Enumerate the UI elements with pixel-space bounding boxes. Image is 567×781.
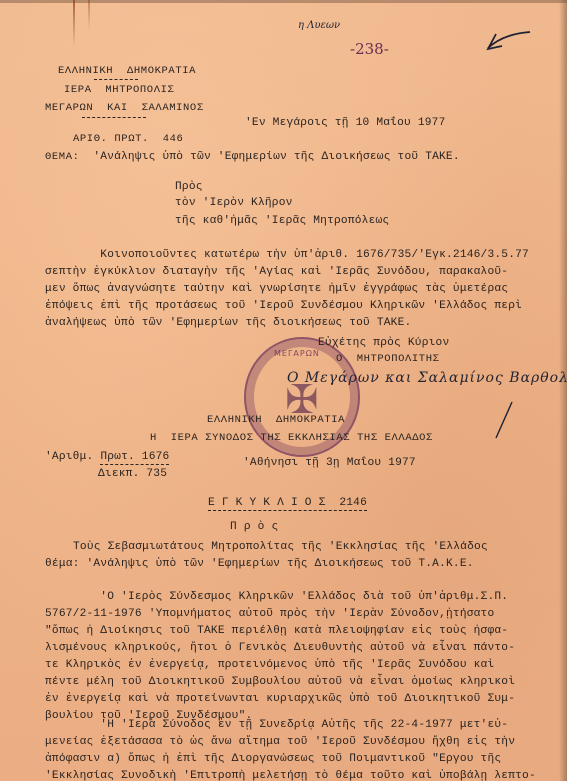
synod-place-date: 'Αθήνησι τῇ 3ῃ Μαΐου 1977 <box>243 456 416 470</box>
body-line: πέντε μέλη τοῦ Διοικητικοῦ Συμβουλίου αὐ… <box>45 675 515 689</box>
paper-stain <box>73 0 75 48</box>
scan-edge-top <box>0 0 567 3</box>
body-line: "ὅπως ἡ Διοίκησις τοῦ ΤΑΚΕ περιέλθῃ κατὰ… <box>45 624 508 638</box>
underline <box>94 79 138 80</box>
place-date: 'Εν Μεγάροις τῇ 10 Μαΐου 1977 <box>245 116 446 130</box>
letterhead-metropolis: ΙΕΡΑ ΜΗΤΡΟΠΟΛΙΣ <box>64 83 174 97</box>
protocol-label: 'Αριθμ. <box>45 451 93 463</box>
body-line: ἐπόψεις ἐπὶ τῆς προτάσεως τοῦ 'Ιεροῦ Συν… <box>45 299 522 313</box>
body-line: Κοινοποιοῦντες κατωτέρω τὴν ὑπ'ἀριθ. 167… <box>45 248 529 262</box>
body-line: μεν ὅπως ἀναγνώσητε ταύτην καὶ γνωρίσητε… <box>45 282 508 296</box>
signature-stroke <box>490 400 520 440</box>
body-line: ἀναλήψεως ὑπὸ τῶν 'Εφημερίων τῆς διοικήσ… <box>45 316 411 330</box>
body-line: ἀπόφασιν α) ὅπως ἡ ἐπὶ τῆς Διοργανώσεως … <box>45 752 501 766</box>
synod-dienkp: Διεκπ. 735 <box>98 467 167 481</box>
body-line: 'Εκκλησίας Συνοδικὴ 'Επιτροπὴ μελετήσῃ τ… <box>45 769 536 781</box>
protocol-value: Πρωτ. 1676 <box>100 451 169 465</box>
body-line: σεπτὴν ἐγκύκλιον διαταγὴν τῆς 'Αγίας καὶ… <box>45 265 508 279</box>
body-line: λισμένους κληρικούς, ἤτοι ὁ Γενικὸς Διευ… <box>45 641 515 655</box>
closing-metropolitan: Ο ΜΗΤΡΟΠΟΛΙΤΗΣ <box>336 352 440 366</box>
closing-line: Εὐχέτης πρὸς Κύριον <box>318 336 449 350</box>
subject-label: ΘΕΜΑ: <box>45 151 80 163</box>
body-line: τε Κληρικὸς ἐν ἐνεργείᾳ, προτεινόμενος ὑ… <box>45 658 494 672</box>
body-line: μενείας ἐξετάσασα τὸ ὡς ἄνω αἴτημα τοῦ '… <box>45 735 515 749</box>
subject-line: ΘΕΜΑ: 'Ανάληψις ὑπὸ τῶν 'Εφημερίων τῆς Δ… <box>45 150 460 164</box>
letterhead-megara: ΜΕΓΑΡΩΝ ΚΑΙ ΣΑΛΑΜΙΝΟΣ <box>45 101 204 115</box>
recipient-pros: Πρὸς <box>175 180 203 194</box>
left-arrow-icon <box>478 28 538 56</box>
encyclical-title-text: Ε Γ Κ Υ Κ Λ Ι Ο Σ 2146 <box>208 497 367 511</box>
handwritten-note: η Λυεων <box>298 20 340 31</box>
encyclical-pros: Π ρ ὸ ς <box>230 520 278 534</box>
stamp-text: ΜΕΓΑΡΩΝ <box>274 349 320 358</box>
body-line: 'Ο 'Ιερὸς Σύνδεσμος Κληρικῶν 'Ελλάδος δι… <box>45 590 508 604</box>
protocol-number: ΑΡΙΘ. ΠΡΩΤ. 446 <box>73 132 183 146</box>
synod-letterhead-name: Η ΙΕΡΑ ΣΥΝΟΔΟΣ ΤΗΣ ΕΚΚΛΗΣΙΑΣ ΤΗΣ ΕΛΛΑΔΟΣ <box>150 431 433 445</box>
subject-text: 'Ανάληψις ὑπὸ τῶν 'Εφημερίων τῆς Διοικήσ… <box>93 151 459 163</box>
synod-protocol: 'Αριθμ. Πρωτ. 1676 <box>45 450 169 464</box>
letterhead-republic: ΕΛΛΗΝΙΚΗ ΔΗΜΟΚΡΑΤΙΑ <box>58 64 196 78</box>
encyclical-subject: θέμα: 'Ανάληψις ὑπὸ τῶν 'Εφημερίων τῆς Δ… <box>45 557 474 571</box>
encyclical-addressee: Τοὺς Σεβασμιωτάτους Μητροπολίτας τῆς 'Εκ… <box>73 540 488 554</box>
encyclical-title: Ε Γ Κ Υ Κ Λ Ι Ο Σ 2146 <box>208 496 367 510</box>
page-number: -238- <box>350 40 389 58</box>
recipient-line3: τῆς καθ'ἡμᾶς 'Ιερᾶς Μητροπόλεως <box>175 214 389 228</box>
paper-stain <box>88 0 90 30</box>
underline <box>82 117 146 118</box>
synod-letterhead-republic: ΕΛΛΗΝΙΚΗ ΔΗΜΟΚΡΑΤΙΑ <box>207 413 345 427</box>
recipient-line2: τὸν 'Ιερὸν Κλῆρον <box>175 196 293 210</box>
scan-edge-right <box>559 0 567 781</box>
body-line: 5767/2-11-1976 'Υπομνήματος αὐτοῦ πρὸς τ… <box>45 607 494 621</box>
body-line: ἐν ἐνεργείᾳ καὶ νὰ προτείνωνται κυριαρχι… <box>45 692 515 706</box>
handwritten-signature: Ο Μεγάρων και Σαλαμίνος Βαρθολομαίος <box>287 370 567 386</box>
body-line: 'Η 'Ιερὰ Σύνοδος ἐν τῇ Συνεδρίᾳ Αὐτῆς τῆ… <box>45 718 508 732</box>
